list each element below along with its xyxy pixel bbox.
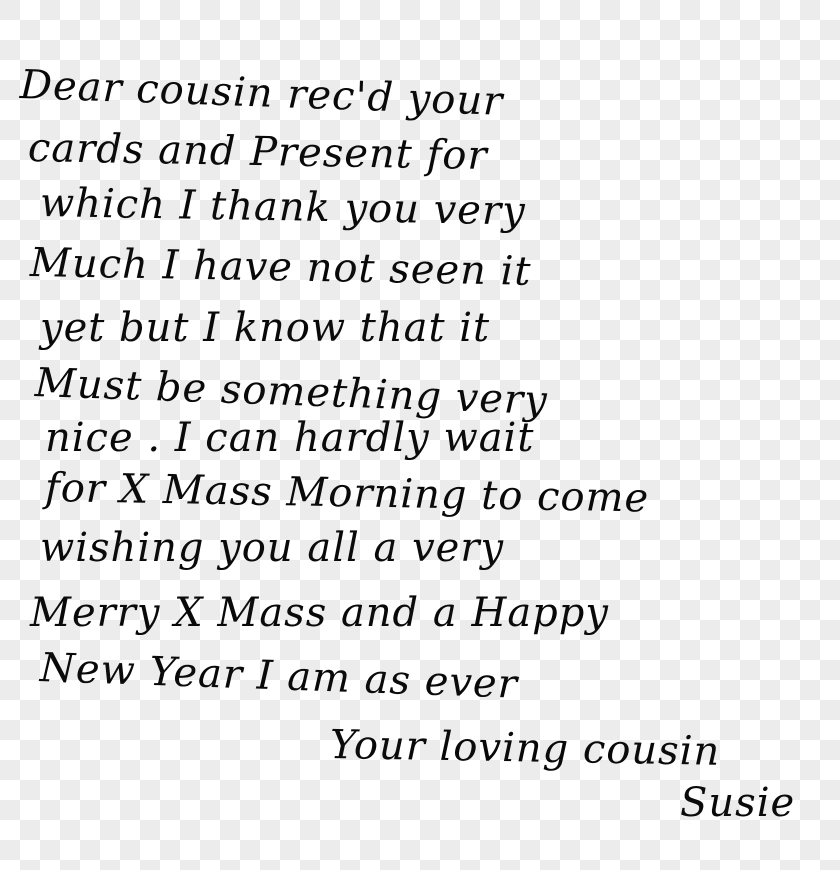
letter-signature: Susie [680,780,795,826]
letter-line-7: nice . I can hardly wait [45,415,534,461]
letter-line-3: which I thank you very [40,180,526,234]
letter-line-8: for X Mass Morning to come [45,465,650,522]
letter-line-4: Much I have not seen it [30,240,532,295]
letter-line-11: New Year I am as ever [39,645,518,708]
handwritten-letter: Dear cousin rec'd your cards and Present… [0,0,840,870]
letter-line-5: yet but I know that it [40,305,490,351]
letter-line-10: Merry X Mass and a Happy [30,590,609,636]
letter-line-2: cards and Present for [28,125,488,179]
letter-line-9: wishing you all a very [40,525,504,571]
letter-closing: Your loving cousin [330,722,721,775]
letter-line-1: Dear cousin rec'd your [19,62,504,125]
